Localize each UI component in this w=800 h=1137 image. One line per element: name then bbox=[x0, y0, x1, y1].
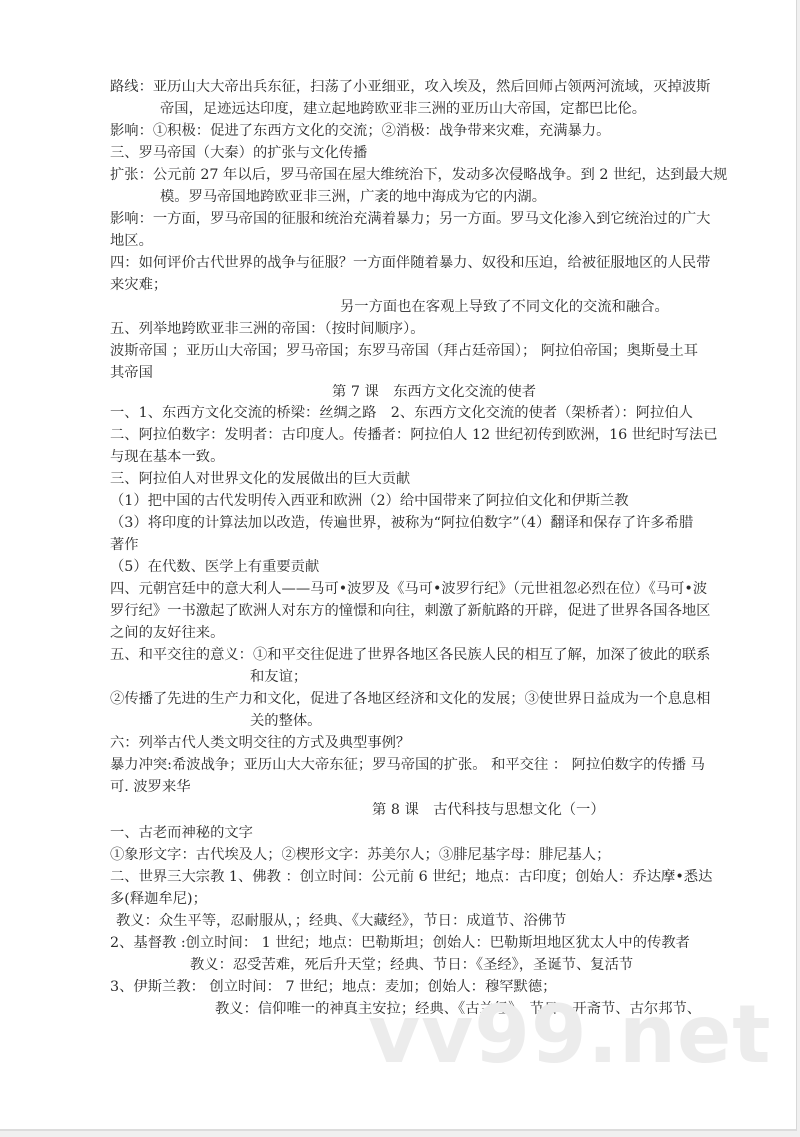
watermark: vv99.net bbox=[368, 1000, 771, 1070]
text-line: 四、元朝宫廷中的意大利人——马可•波罗及《马可•波罗行纪》（元世祖忽必烈在位）《… bbox=[110, 578, 714, 600]
text-line: 影响：一方面，罗马帝国的征服和统治充满着暴力；另一方面。罗马文化渗入到它统治过的… bbox=[110, 208, 714, 230]
text-line: 影响：①积极：促进了东西方文化的交流；②消极：战争带来灾难，充满暴力。 bbox=[110, 120, 714, 142]
document-body: 路线：亚历山大大帝出兵东征，扫荡了小亚细亚，攻入埃及，然后回师占领两河流域，灭掉… bbox=[110, 76, 714, 1020]
section-heading: 六：列举古代人类文明交往的方式及典型事例？ bbox=[110, 732, 714, 754]
list-item: （1）把中国的古代发明传入西亚和欧洲（2）给中国带来了阿拉伯文化和伊斯兰教 bbox=[110, 490, 714, 512]
text-line: 和友谊； bbox=[110, 666, 714, 688]
document-page: 路线：亚历山大大帝出兵东征，扫荡了小亚细亚，攻入埃及，然后回师占领两河流域，灭掉… bbox=[0, 0, 797, 1131]
text-line: ②传播了先进的生产力和文化，促进了各地区经济和文化的发展；③使世界日益成为一个息… bbox=[110, 688, 714, 710]
text-line: 之间的友好往来。 bbox=[110, 622, 714, 644]
section-heading: 一、古老而神秘的文字 bbox=[110, 822, 714, 844]
text-line: 教义：忍受苦难，死后升天堂；经典、节日：《圣经》，圣诞节、复活节 bbox=[110, 954, 714, 976]
text-line: ①象形文字：古代埃及人；②楔形文字：苏美尔人；③腓尼基字母：腓尼基人； bbox=[110, 844, 714, 866]
lesson-8-title: 第 8 课 古代科技与思想文化（一） bbox=[110, 798, 714, 822]
text-line: 扩张：公元前 27 年以后，罗马帝国在屋大维统治下，发动多次侵略战争。到 2 世… bbox=[110, 164, 714, 186]
text-line: 二、阿拉伯数字：发明者：古印度人。传播者：阿拉伯人 12 世纪初传到欧洲，16 … bbox=[110, 424, 714, 446]
section-heading: 三、罗马帝国（大秦）的扩张与文化传播 bbox=[110, 142, 714, 164]
text-line: 来灾难； bbox=[110, 274, 714, 296]
text-line: 暴力冲突:希波战争；亚历山大大帝东征；罗马帝国的扩张。 和平交往 ： 阿拉伯数字… bbox=[110, 754, 714, 776]
text-line: 2、基督教 :创立时间： 1 世纪；地点：巴勒斯坦；创始人：巴勒斯坦地区犹太人中… bbox=[110, 932, 714, 954]
text-line: 帝国，足迹远达印度，建立起地跨欧亚非三洲的亚历山大帝国，定都巴比伦。 bbox=[110, 98, 714, 120]
lesson-7-title: 第 7 课 东西方文化交流的使者 bbox=[110, 382, 714, 402]
text-line: 四：如何评价古代世界的战争与征服？一方面伴随着暴力、奴役和压迫，给被征服地区的人… bbox=[110, 252, 714, 274]
text-line: 模。罗马帝国地跨欧亚非三洲，广袤的地中海成为它的内湖。 bbox=[110, 186, 714, 208]
text-line: 与现在基本一致。 bbox=[110, 446, 714, 468]
text-line: 多(释迦牟尼)； bbox=[110, 888, 714, 910]
text-line: 其帝国 bbox=[110, 362, 714, 384]
list-item: （5）在代数、医学上有重要贡献 bbox=[110, 556, 714, 578]
text-line: 五、和平交往的意义：①和平交往促进了世界各地区各民族人民的相互了解，加深了彼此的… bbox=[110, 644, 714, 666]
text-line: 可. 波罗来华 bbox=[110, 776, 714, 798]
text-line: 二、世界三大宗教 1、佛教 ：创立时间：公元前 6 世纪；地点：古印度；创始人：… bbox=[110, 866, 714, 888]
list-item: （3）将印度的计算法加以改造，传遍世界，被称为“阿拉伯数字”（4）翻译和保存了许… bbox=[110, 512, 714, 534]
text-line: 罗行纪》一书激起了欧洲人对东方的憧憬和向往，刺激了新航路的开辟，促进了世界各国各… bbox=[110, 600, 714, 622]
text-line: 波斯帝国 ；亚历山大帝国；罗马帝国；东罗马帝国（拜占廷帝国）； 阿拉伯帝国；奥斯… bbox=[110, 340, 714, 362]
text-line: 一、1、东西方文化交流的桥梁：丝绸之路 2、东西方文化交流的使者（架桥者）：阿拉… bbox=[110, 402, 714, 424]
text-line: 地区。 bbox=[110, 230, 714, 252]
text-line: 关的整体。 bbox=[110, 710, 714, 732]
section-heading: 五、列举地跨欧亚非三洲的帝国：（按时间顺序）。 bbox=[110, 318, 714, 340]
text-line: 著作 bbox=[110, 534, 714, 556]
text-line: 另一方面也在客观上导致了不同文化的交流和融合。 bbox=[110, 296, 714, 318]
text-line: 路线：亚历山大大帝出兵东征，扫荡了小亚细亚，攻入埃及，然后回师占领两河流域，灭掉… bbox=[110, 76, 714, 98]
text-line: 教义：众生平等，忍耐服从，；经典、《大藏经》，节日：成道节、浴佛节 bbox=[110, 910, 714, 932]
section-heading: 三、阿拉伯人对世界文化的发展做出的巨大贡献 bbox=[110, 468, 714, 490]
